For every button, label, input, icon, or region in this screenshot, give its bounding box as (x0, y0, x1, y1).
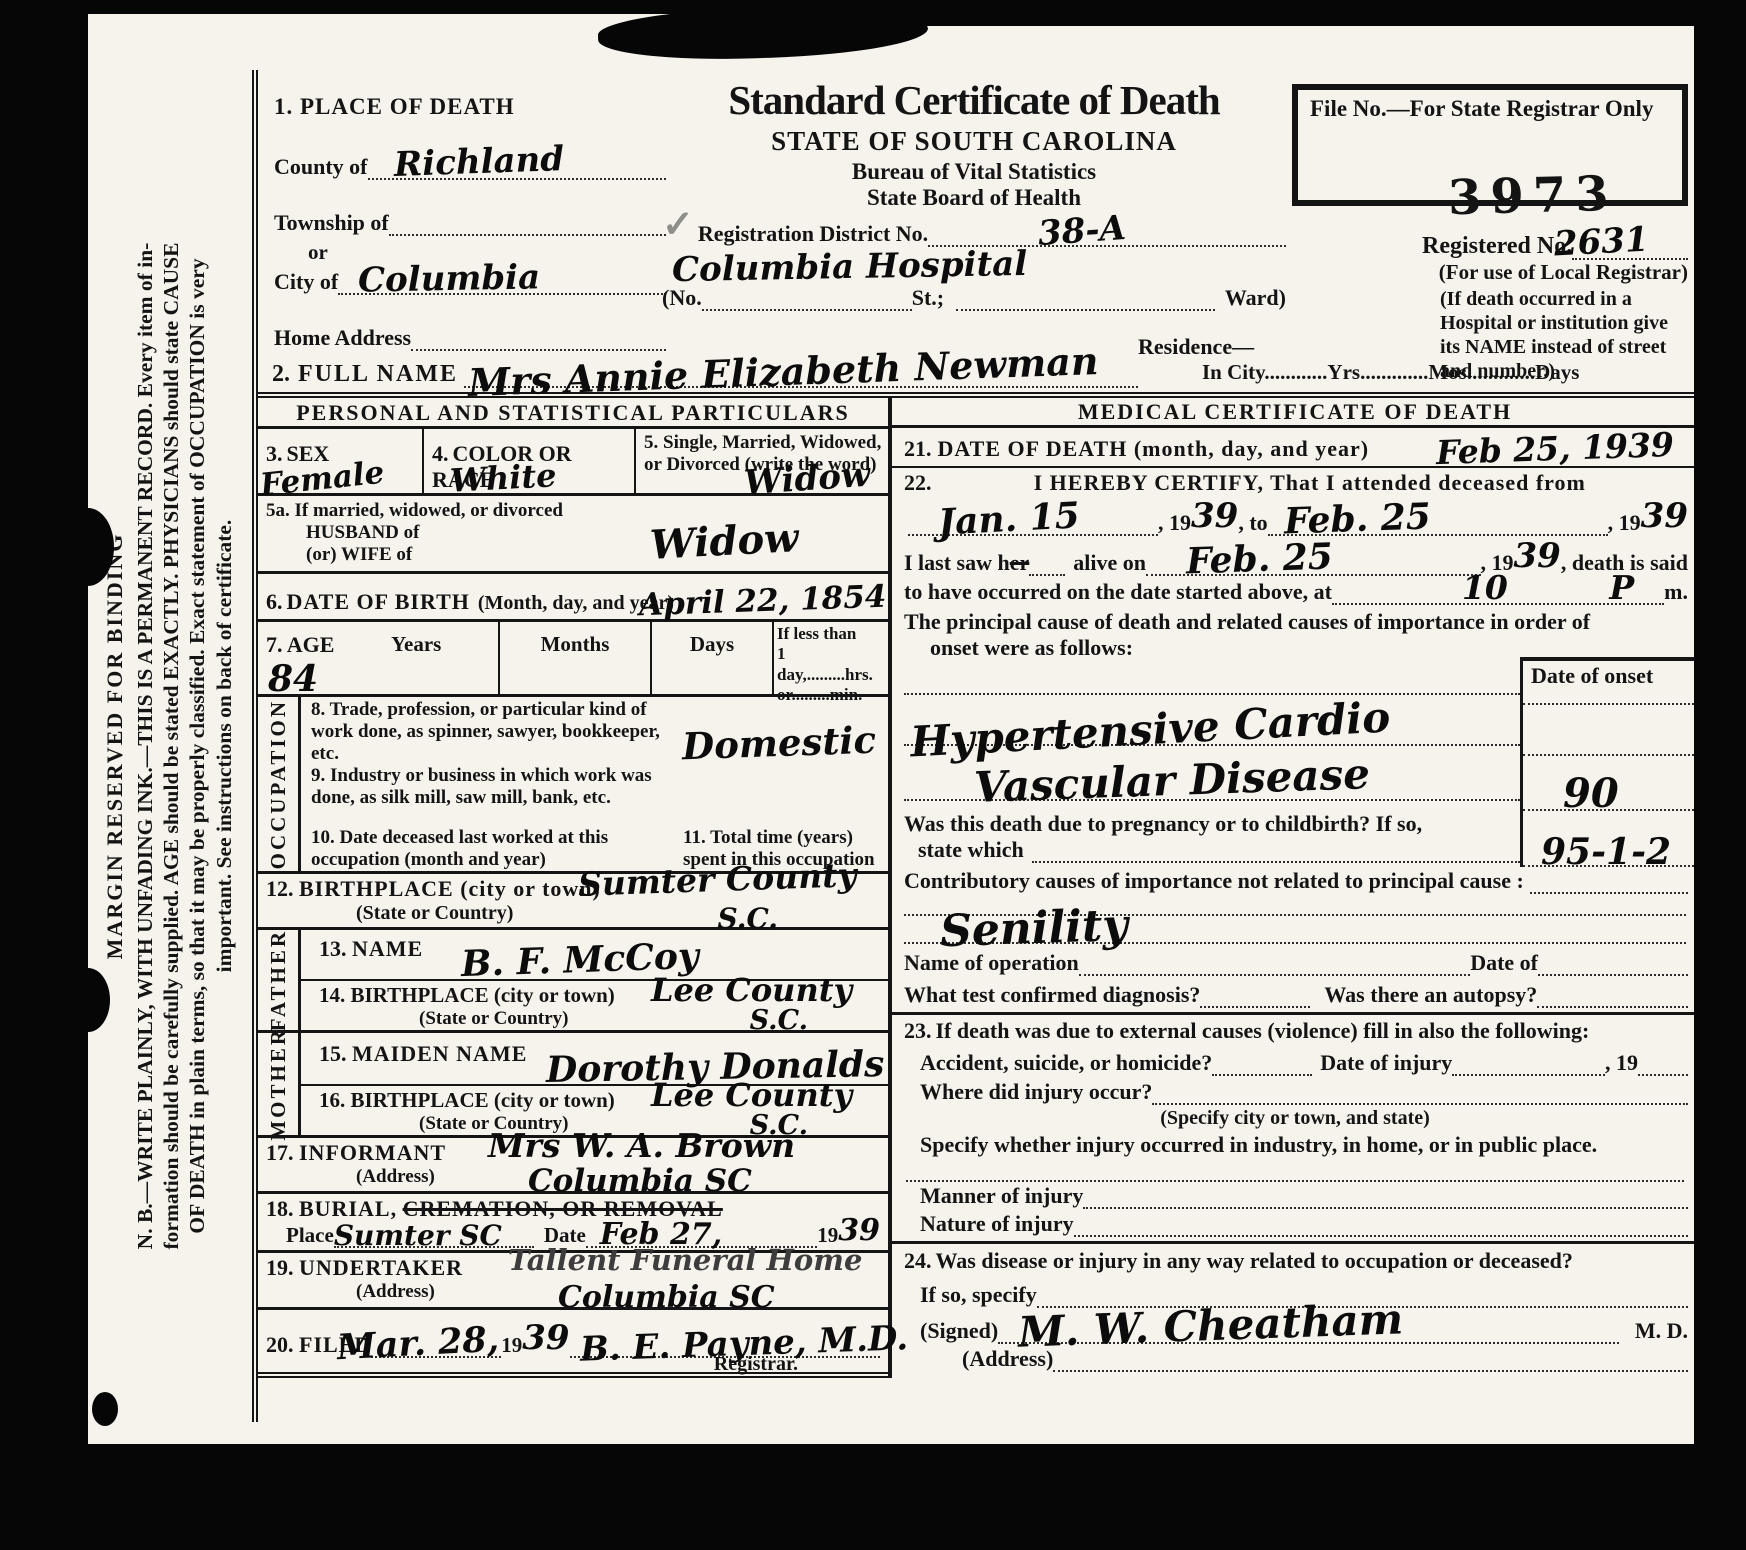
injury-year-prefix: , 19 (1605, 1050, 1638, 1076)
burial-place-value: Sumter SC (334, 1219, 502, 1252)
scan-artifact (870, 0, 1746, 26)
md-label: M. D. (1635, 1318, 1688, 1344)
st-label: St.; (912, 285, 944, 311)
registered-no-label: Registered No. (1422, 233, 1572, 260)
signed-label: (Signed) (920, 1318, 998, 1344)
operation-date-field (1538, 974, 1688, 976)
row-age: 7. AGE Years 84 Months Days If less than… (258, 622, 888, 697)
scan-artifact (1694, 0, 1746, 1550)
item24-number: 24. (904, 1248, 932, 1273)
father-name-label: NAME (352, 936, 423, 961)
marital-number: 5. (644, 432, 658, 453)
ward-label: Ward) (1225, 285, 1286, 311)
birthplace-sub-label: (State or Country) (266, 902, 880, 925)
age-label: AGE (287, 632, 335, 657)
manner-label: Manner of injury (920, 1183, 1083, 1209)
mother-side-cell: MOTHER (258, 1033, 301, 1135)
item24-label: Was disease or injury in any way related… (936, 1248, 1573, 1273)
alive-on-label: alive on (1073, 550, 1146, 576)
row-23: 23. If death was due to external causes … (892, 1012, 1698, 1046)
industry-number: 9. (311, 765, 325, 786)
row-dob: 6. DATE OF BIRTH (Month, day, and year) … (258, 574, 888, 622)
alive-year-value: 39 (1514, 536, 1561, 576)
form-columns: PERSONAL AND STATISTICAL PARTICULARS 3. … (258, 398, 1698, 1378)
nature-field (1074, 1235, 1688, 1237)
medical-column: MEDICAL CERTIFICATE OF DEATH 21. DATE OF… (892, 398, 1698, 1378)
sex-cell: 3. SEX Female (258, 429, 424, 493)
row-manner: Manner of injury (892, 1182, 1698, 1211)
injury-date-field (1452, 1074, 1605, 1076)
last-worked-label: Date deceased last worked at this occupa… (311, 827, 608, 870)
personal-column: PERSONAL AND STATISTICAL PARTICULARS 3. … (258, 398, 892, 1378)
item23-number: 23. (904, 1018, 932, 1043)
fullname-value: Mrs Annie Elizabeth Newman (467, 338, 1099, 405)
occurred-label: to have occurred on the date started abo… (904, 579, 1332, 605)
informant-value: Mrs W. A. Brown (488, 1126, 795, 1165)
total-time-number: 11. (683, 827, 706, 848)
burial-label: BURIAL, (299, 1196, 397, 1221)
contributory-label: Contributory causes of importance not re… (904, 868, 1524, 894)
dod-label: DATE OF DEATH (month, day, and year) (938, 436, 1370, 462)
nature-label: Nature of injury (920, 1211, 1074, 1237)
onset-header: Date of onset (1523, 661, 1698, 695)
race-value: White (449, 456, 557, 500)
time-value: 10 (1462, 568, 1508, 607)
fullname-label: FULL NAME (298, 361, 458, 388)
attended-from-year-prefix: , 19 (1158, 510, 1191, 536)
row-test-autopsy: What test confirmed diagnosis? Was there… (892, 978, 1698, 1012)
industry-label: Industry or business in which work was d… (311, 765, 652, 808)
row-nature: Nature of injury (892, 1211, 1698, 1241)
margin-nb-line2: formation should be carefully supplied. … (158, 90, 184, 1402)
row-informant: 17. INFORMANT (Address) Mrs W. A. Brown … (258, 1138, 888, 1195)
certificate-title: Standard Certificate of Death (662, 76, 1286, 124)
row-accident: Accident, suicide, or homicide? Date of … (892, 1046, 1698, 1078)
trade-label: Trade, profession, or particular kind of… (311, 699, 660, 764)
mother-bp-number: 16. (319, 1088, 345, 1112)
item23-label: If death was due to external causes (vio… (936, 1018, 1590, 1043)
scan-artifact (0, 1444, 1746, 1550)
if-so-label: If so, specify (920, 1282, 1037, 1308)
occupation-block: OCCUPATION 8. Trade, profession, or part… (258, 697, 888, 874)
onset-line-4: 95-1-2 (1523, 811, 1698, 868)
filed-year-value: 39 (522, 1318, 569, 1358)
file-no-stamp: 3973 (1447, 166, 1618, 226)
ampm-value: P (1609, 568, 1634, 607)
registrar-caption: Registrar. (714, 1353, 798, 1376)
onset-line-1 (1523, 695, 1698, 705)
birthplace-label: BIRTHPLACE (city or town) (299, 876, 601, 901)
burial-place-field: Sumter SC (334, 1246, 534, 1248)
age-years-header: Years (334, 632, 498, 694)
age-cell: 7. AGE Years 84 (258, 622, 498, 694)
principal-line1: The principal cause of death and related… (904, 609, 1688, 635)
county-label: County of (274, 154, 368, 180)
attended-to-label: , to (1238, 510, 1267, 536)
board-line: State Board of Health (662, 185, 1286, 211)
father-bp-number: 14. (319, 983, 345, 1007)
dod-number: 21. (904, 436, 932, 462)
alive-on-value: Feb. 25 (1185, 536, 1333, 583)
father-bp-state-value: S.C. (750, 1005, 808, 1036)
filed-date-value: Mar. 28, (336, 1319, 500, 1368)
township-label: Township of (274, 210, 389, 236)
cause-area: Hypertensive Cardio Vascular Disease Was… (892, 657, 1698, 867)
attended-from-year: 39 (1191, 496, 1238, 536)
mother-side-label: MOTHER (266, 1027, 291, 1141)
alive-on-field: Feb. 25 (1146, 574, 1481, 576)
attended-to-year-prefix: , 19 (1608, 510, 1641, 536)
birthplace-number: 12. (266, 876, 294, 901)
residence-line: In City............Yrs.............Mos..… (1138, 360, 1698, 385)
scan-artifact (0, 0, 88, 1550)
specify-city-note: (Specify city or town, and state) (892, 1107, 1698, 1130)
age-years-value: 84 (268, 658, 318, 700)
undertaker-number: 19. (266, 1255, 294, 1280)
manner-field (1083, 1207, 1688, 1209)
cause-lines: Hypertensive Cardio Vascular Disease Was… (892, 657, 1520, 867)
margin-binding-text: MARGIN RESERVED FOR BINDING (102, 90, 128, 1402)
age-months-header: Months (498, 622, 650, 694)
mother-name-label: MAIDEN NAME (352, 1041, 527, 1066)
certificate-paper: MARGIN RESERVED FOR BINDING N. B.—WRITE … (86, 12, 1696, 1446)
street-name-field (956, 309, 1215, 311)
scan-artifact (66, 968, 110, 1032)
race-number: 4. (432, 441, 449, 466)
margin-nb-line3: OF DEATH in plain terms, so that it may … (184, 90, 210, 1402)
margin-nb-line1: N. B.—WRITE PLAINLY, WITH UNFADING INK.—… (132, 90, 158, 1402)
onset-line-3: 90 (1523, 756, 1698, 811)
cause-line-blank (904, 657, 1520, 695)
row-industry: 9. Industry or business in which work wa… (311, 765, 882, 827)
test-field (1200, 1006, 1310, 1008)
city-label: City of (274, 269, 338, 295)
specify-whether-label: Specify whether injury occurred in indus… (892, 1130, 1698, 1159)
last-worked-number: 10. (311, 827, 335, 848)
father-bp-value: Lee County (651, 971, 852, 1009)
father-side-cell: FATHER (258, 930, 301, 1030)
item1-number: 1. (274, 94, 293, 119)
row-principal-cause: The principal cause of death and related… (892, 607, 1698, 657)
regdist-label: Registration District No. (698, 221, 928, 247)
scanned-death-certificate: { "margin": { "binding": "MARGIN RESERVE… (0, 0, 1746, 1550)
occurred-time-field: 10 P (1332, 603, 1664, 605)
margin-nb-line4: important. See instructions on back of c… (211, 90, 237, 1402)
accident-field (1212, 1074, 1312, 1076)
injury-date-label: Date of injury (1320, 1050, 1452, 1076)
age-days-header: Days (650, 622, 772, 694)
row-attended-dates: Jan. 15 , 19 39 , to Feb. 25 , 19 39 (892, 496, 1698, 538)
row-signed: (Signed) M. W. Cheatham M. D. (892, 1310, 1698, 1346)
trade-value: Domestic (681, 717, 876, 768)
registered-no-value: 2631 (1553, 220, 1650, 265)
autopsy-field (1537, 1006, 1688, 1008)
scan-artifact (92, 1392, 118, 1426)
row-occurred: to have occurred on the date started abo… (892, 578, 1698, 607)
institution-value: Columbia Hospital (672, 244, 1028, 290)
where-injury-field (1152, 1103, 1688, 1105)
row-address: (Address) (892, 1346, 1698, 1378)
state-line: STATE OF SOUTH CAROLINA (662, 126, 1286, 157)
fullname-field: Mrs Annie Elizabeth Newman (464, 386, 1138, 388)
fullname-number: 2. (272, 361, 290, 388)
attended-to-year: 39 (1641, 496, 1688, 536)
county-value: Richland (393, 139, 564, 185)
undertaker-label: UNDERTAKER (299, 1255, 463, 1280)
mother-block: MOTHER 15. MAIDEN NAME Dorothy Donalds 1… (258, 1033, 888, 1138)
row-5a: 5a. If married, widowed, or divorced HUS… (258, 496, 888, 574)
operation-field (1079, 974, 1470, 976)
death-certificate-form: 1. PLACE OF DEATH County of Richland Tow… (252, 70, 1698, 1422)
checkmark-icon: ✓ (662, 202, 694, 247)
cause-line-1: Hypertensive Cardio (904, 695, 1520, 746)
onset-value-1: 90 (1563, 770, 1619, 817)
registered-no-field: 2631 (1572, 258, 1688, 260)
autopsy-label: Was there an autopsy? (1324, 982, 1537, 1008)
last-saw-gap (1029, 574, 1065, 576)
filed-year-prefix: 19 (501, 1333, 522, 1358)
certify-number: 22. (904, 470, 932, 497)
occupation-side-label: OCCUPATION (266, 699, 291, 869)
father-bp-label: BIRTHPLACE (city or town) (351, 983, 615, 1007)
father-side-label: FATHER (266, 929, 291, 1031)
father-block: FATHER 13. NAME B. F. McCoy 14. BIRTHPLA… (258, 930, 888, 1033)
dob-value: April 22, 1854 (638, 578, 887, 623)
race-cell: 4. COLOR OR RACE White (424, 429, 636, 493)
age-number: 7. (266, 632, 283, 657)
accident-label: Accident, suicide, or homicide? (920, 1050, 1212, 1076)
informant-number: 17. (266, 1140, 294, 1165)
row-birthplace: 12. BIRTHPLACE (city or town) (State or … (258, 874, 888, 930)
scan-artifact (62, 508, 114, 586)
bureau-line: Bureau of Vital Statistics (662, 159, 1286, 185)
row-date-of-death: 21. DATE OF DEATH (month, day, and year)… (892, 428, 1698, 468)
file-no-box: File No.—For State Registrar Only 3973 (1292, 84, 1688, 206)
street-no-field (702, 309, 912, 311)
row-last-saw: I last saw her alive on Feb. 25 , 19 39 … (892, 538, 1698, 578)
last-saw-struck: er (1010, 550, 1030, 576)
state-which-field (1032, 861, 1520, 863)
row-where-injury: Where did injury occur? (892, 1078, 1698, 1107)
where-injury-label: Where did injury occur? (920, 1079, 1152, 1105)
injury-extra-line (906, 1159, 1684, 1182)
medical-heading: MEDICAL CERTIFICATE OF DEATH (892, 398, 1698, 428)
m5a-number: 5a. (266, 500, 290, 521)
place-of-death-block: 1. PLACE OF DEATH County of Richland Tow… (274, 94, 666, 351)
signed-field: M. W. Cheatham (998, 1342, 1619, 1344)
undertaker-value: Tallent Funeral Home (508, 1243, 862, 1277)
residence-label: Residence— (1138, 334, 1698, 360)
form-header: 1. PLACE OF DEATH County of Richland Tow… (258, 70, 1698, 332)
last-saw-label: I last saw h (904, 550, 1010, 576)
county-field: Richland (368, 178, 666, 180)
senility-line: Senility (904, 916, 1686, 944)
cause-line-2: Vascular Disease (904, 746, 1520, 801)
row-undertaker: 19. UNDERTAKER (Address) Tallent Funeral… (258, 1253, 888, 1310)
attended-from-value: Jan. 15 (937, 495, 1081, 544)
filed-date-field: Mar. 28, (371, 1356, 501, 1358)
residence-block: Residence— In City............Yrs.......… (1138, 332, 1698, 392)
age-less-line2: 1 day,.........hrs. (777, 644, 885, 685)
row-father-birthplace: 14. BIRTHPLACE (city or town) (State or … (301, 981, 888, 1030)
age-less-than-cell: If less than 1 day,.........hrs. or.....… (772, 622, 888, 694)
date-of-onset-box: Date of onset 90 95-1-2 (1520, 657, 1698, 867)
state-which-label: state which (904, 837, 1024, 863)
certify-label: I HEREBY CERTIFY, That I attended deceas… (932, 470, 1689, 497)
dob-label: DATE OF BIRTH (287, 589, 470, 615)
city-field: Columbia (338, 293, 666, 295)
row-filed: 20. FILED Mar. 28, 19 39 B. E. Payne, M.… (258, 1310, 888, 1378)
informant-label: INFORMANT (299, 1140, 446, 1165)
row-senility: Senility (892, 894, 1698, 944)
onset-line-2 (1523, 705, 1698, 756)
m5a-value: Widow (648, 514, 799, 569)
dob-number: 6. (266, 589, 283, 615)
row-sex-race-marital: 3. SEX Female 4. COLOR OR RACE White 5. … (258, 429, 888, 496)
local-registrar-note: (For use of Local Registrar) (1292, 260, 1688, 285)
onset-value-2: 95-1-2 (1541, 831, 1671, 873)
operation-date-label: Date of (1470, 950, 1538, 976)
mother-bp-value: Lee County (651, 1076, 852, 1114)
personal-heading: PERSONAL AND STATISTICAL PARTICULARS (258, 398, 888, 429)
file-no-label: File No.—For State Registrar Only (1310, 96, 1670, 122)
row-certify: 22. I HEREBY CERTIFY, That I attended de… (892, 468, 1698, 497)
burial-place-label: Place (286, 1223, 334, 1248)
item1-label: PLACE OF DEATH (300, 94, 515, 119)
mother-name-number: 15. (319, 1041, 347, 1066)
mother-bp-label: BIRTHPLACE (city or town) (351, 1088, 615, 1112)
injury-year-field (1638, 1074, 1688, 1076)
row-trade: 8. Trade, profession, or particular kind… (311, 699, 882, 765)
title-block: Standard Certificate of Death STATE OF S… (662, 76, 1286, 311)
m-label: m. (1664, 579, 1688, 605)
address-field (1053, 1370, 1688, 1372)
burial-number: 18. (266, 1196, 294, 1221)
dod-value: Feb 25, 1939 (1435, 425, 1674, 472)
regdist-value: 38-A (1037, 208, 1127, 254)
age-less-line1: If less than (777, 624, 885, 644)
trade-number: 8. (311, 699, 325, 720)
m5a-label: If married, widowed, or divorced (295, 500, 563, 521)
test-label: What test confirmed diagnosis? (904, 982, 1200, 1008)
row-24: 24. Was disease or injury in any way rel… (892, 1241, 1698, 1276)
filed-number: 20. (266, 1332, 294, 1357)
marital-cell: 5. Single, Married, Widowed, or Divorced… (636, 429, 888, 493)
father-name-number: 13. (319, 936, 347, 961)
city-value: Columbia (358, 257, 541, 300)
full-name-row: 2. FULL NAME Mrs Annie Elizabeth Newman … (258, 332, 1698, 398)
occupation-side-cell: OCCUPATION (258, 697, 301, 871)
contributory-value: Senility (939, 899, 1128, 957)
township-field (389, 234, 666, 236)
attended-from-field: Jan. 15 (908, 534, 1158, 536)
sex-number: 3. (266, 441, 283, 466)
